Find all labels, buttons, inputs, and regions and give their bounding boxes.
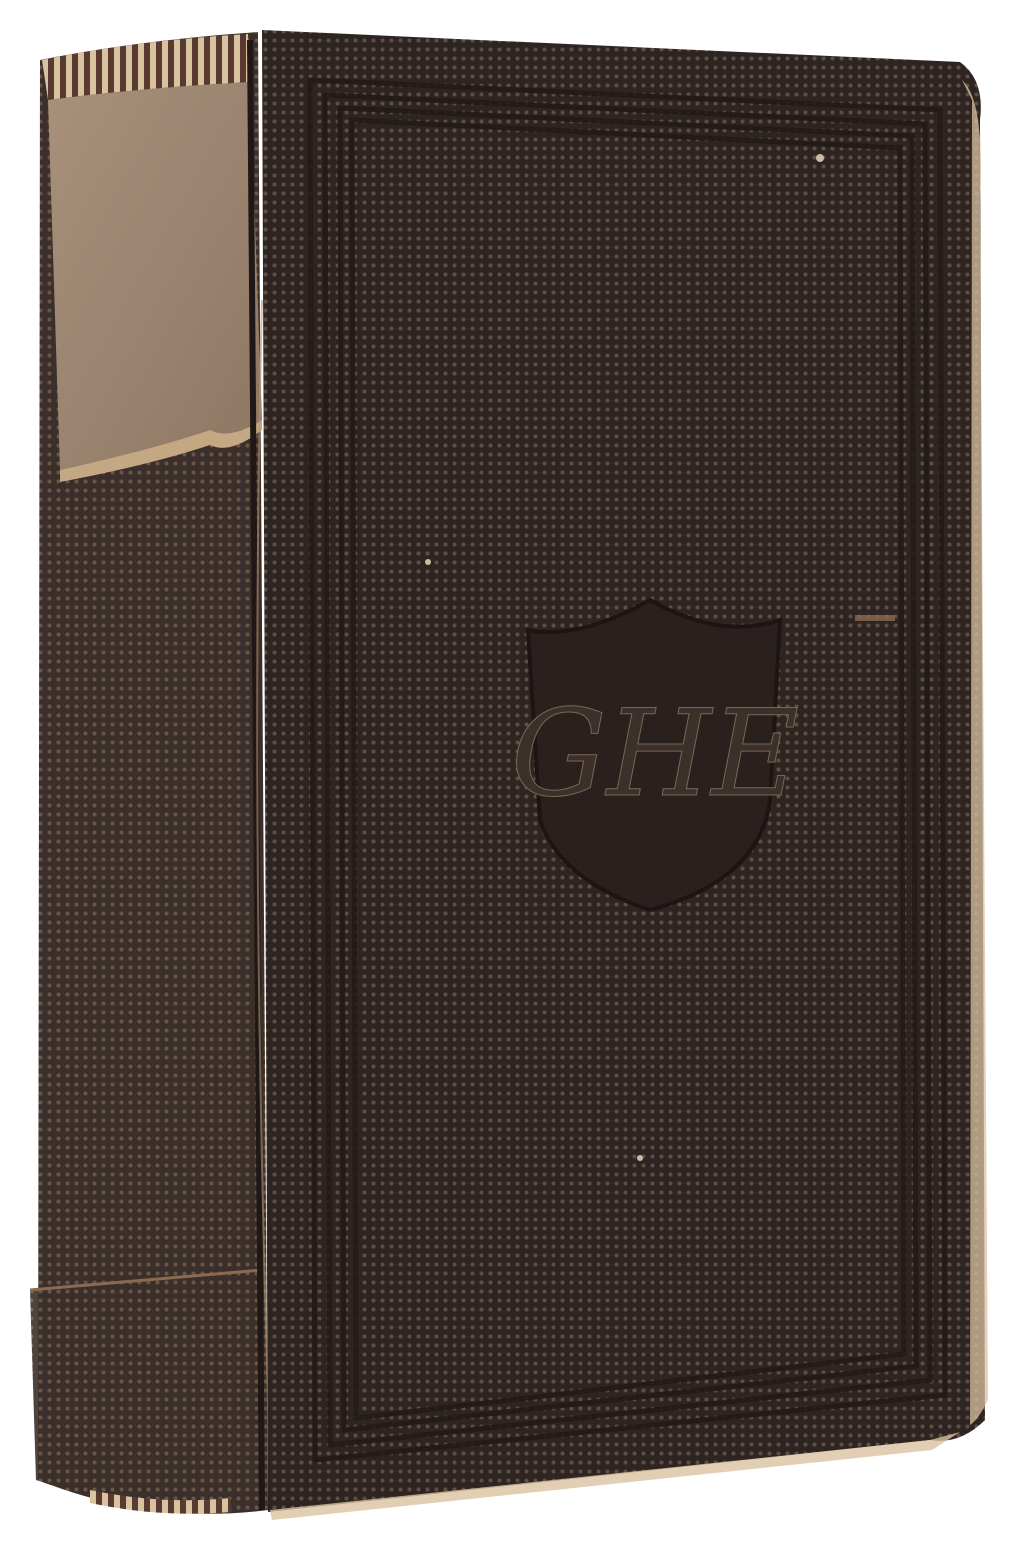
book-front-cover: GHE: [0, 0, 1024, 1545]
book-illustration: GHE: [0, 0, 1024, 1545]
book-photo: GHE: [0, 0, 1024, 1545]
